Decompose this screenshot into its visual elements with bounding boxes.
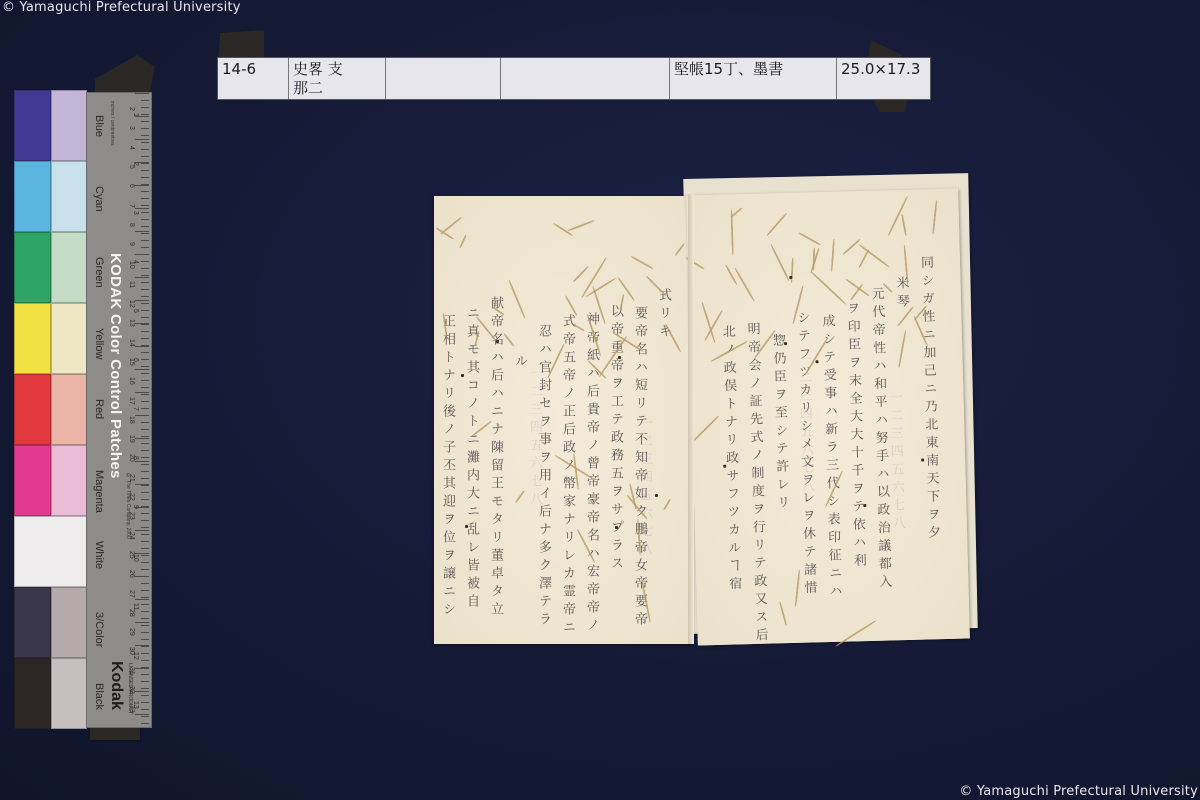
ruler-inch-number: 6	[132, 358, 139, 362]
patch-label: Green	[93, 257, 105, 288]
patch-magenta-light	[51, 445, 87, 516]
worm-damage-trail	[564, 295, 577, 316]
catalog-title-line1: 史畧 支	[293, 60, 381, 79]
ruler-units-label: inches / centimetres	[109, 101, 115, 145]
worm-damage-trail	[882, 283, 893, 294]
worm-hole	[863, 504, 866, 507]
manuscript-text-column: ル	[512, 354, 526, 372]
worm-damage-trail	[831, 239, 835, 272]
worm-hole	[655, 494, 658, 497]
worm-hole	[789, 276, 792, 279]
manuscript-text-column: 同シガ性ニ加己ニ乃北東南天下ヲ夕	[918, 255, 940, 543]
ruler-scale: inches / centimetres KODAK Color Control…	[86, 92, 152, 728]
patch-red-dark	[14, 374, 51, 445]
ruler-inch-number: 12	[132, 652, 139, 660]
worm-damage-trail	[766, 212, 787, 236]
patch-label: Blue	[93, 115, 105, 137]
manuscript-page-left: 式リキ要帝名ハ短リテ不知帝如ク鵬帝女帝要帝以帝重帝ヲ工テ政務五ヲサプラス神帝紙ハ…	[434, 196, 694, 644]
worm-hole	[461, 374, 464, 377]
ink-bleed-through: 一二三四五六七八	[793, 352, 816, 496]
worm-damage-trail	[730, 207, 742, 218]
manuscript-text-column: 惣仍臣ヲ至シテ許レリ	[770, 333, 789, 513]
ruler-inch-labels: 12345678910111213	[131, 93, 139, 727]
worm-damage-trail	[459, 235, 467, 249]
ink-bleed-through: 一二三四五六七八	[525, 366, 544, 510]
worm-damage-trail	[567, 219, 595, 231]
catalog-title-line2: 那二	[293, 79, 381, 98]
patch-label: 3/Color	[93, 612, 105, 647]
ruler-inch-number: 4	[132, 260, 139, 264]
patch-label: Red	[93, 399, 105, 419]
patch-blue-dark	[14, 90, 51, 161]
worm-damage-trail	[675, 243, 685, 256]
manuscript-text-column: 正相トナリ後ノ子丕其迎ヲ位ヲ譲ニシ	[440, 314, 454, 620]
patch-blue-light	[51, 90, 87, 161]
patch-cyan-dark	[14, 161, 51, 232]
patch-yellow-light	[51, 303, 87, 374]
worm-damage-trail	[573, 265, 589, 282]
patch-yellow-dark	[14, 303, 51, 374]
patch-black-light	[51, 658, 87, 729]
worm-damage-trail	[770, 244, 790, 281]
patch-black-dark	[14, 658, 51, 729]
manuscript-text-column: ヲ印臣ヲ末全大大十千ヲテ依ハ利	[844, 301, 865, 571]
worm-damage-trail	[691, 415, 719, 443]
ruler-inch-number: 5	[132, 309, 139, 313]
manuscript-text-column: 献帝名ハ后ハニナ陳留王モタリ董卓タ立	[488, 296, 502, 620]
worm-damage-trail	[790, 258, 793, 283]
kodak-brand-text: KODAK Color Control Patches	[107, 253, 124, 479]
catalog-label: 14-6 史畧 支 那二 堅帳15丁、墨書 25.0×17.3	[217, 57, 931, 100]
worm-damage-trail	[663, 498, 671, 510]
copyright-watermark-top: © Yamaguchi Prefectural University	[2, 0, 241, 15]
ruler-inch-number: 9	[132, 505, 139, 509]
catalog-title: 史畧 支 那二	[289, 58, 386, 99]
color-control-patches	[14, 90, 87, 728]
ruler-inch-number: 7	[132, 407, 139, 411]
worm-damage-trail	[508, 279, 526, 319]
catalog-col4	[501, 58, 670, 99]
manuscript-text-column: ニ真モ其コノトニ灘内大ニ乱レ皆被自	[464, 306, 478, 612]
ruler-inch-number: 3	[132, 211, 139, 215]
patch-magenta-dark	[14, 445, 51, 516]
catalog-id: 14-6	[218, 58, 289, 99]
worm-damage-trail	[617, 277, 634, 301]
manuscript-text-column: 式帝五帝ノ正后政ノ幣家ナリレカ霊帝ニ	[560, 314, 574, 638]
patch-white	[14, 516, 87, 587]
ruler-inch-number: 2	[132, 162, 139, 166]
worm-hole	[784, 342, 787, 345]
manuscript-text-column: 式リキ	[656, 288, 670, 342]
kodak-logo: Kodak	[107, 661, 125, 710]
worm-damage-trail	[901, 214, 907, 236]
worm-damage-trail	[778, 602, 787, 627]
worm-damage-trail	[898, 330, 907, 368]
manuscript-page-right: 同シガ性ニ加己ニ乃北東南天下ヲ夕米琴元代帝性ハ和平ハ努手ハ以政治議都入ヲ印臣ヲ末…	[686, 189, 970, 646]
worm-damage-trail	[795, 570, 801, 607]
ruler-inch-number: 8	[132, 456, 139, 460]
manuscript-text-column: 北ノ政俣トナリ政サフツカルヿ宿	[720, 324, 741, 594]
manuscript-text-column: 成シテ受事ハ新ラ三代シ表印征ニハ	[819, 314, 841, 602]
worm-damage-trail	[798, 232, 820, 246]
ruler-inch-number: 10	[132, 554, 139, 562]
tape-label-left	[218, 30, 264, 60]
worm-damage-trail	[858, 244, 889, 268]
worm-damage-trail	[842, 238, 861, 255]
worm-damage-trail	[504, 333, 515, 347]
booklet-gutter	[688, 194, 694, 644]
patch-3-color-light	[51, 587, 87, 658]
patch-label: White	[93, 541, 105, 569]
patch-green-dark	[14, 232, 51, 303]
worm-damage-trail	[630, 255, 653, 269]
patch-green-light	[51, 232, 87, 303]
ruler-inch-number: 13	[132, 701, 139, 709]
worm-damage-trail	[932, 201, 938, 235]
patch-red-light	[51, 374, 87, 445]
copyright-watermark-bottom: © Yamaguchi Prefectural University	[959, 784, 1198, 799]
ruler-inch-number: 11	[132, 603, 139, 610]
worm-damage-trail	[514, 490, 524, 503]
worm-damage-trail	[811, 271, 848, 306]
patch-cyan-light	[51, 161, 87, 232]
ruler-inch-number: 1	[132, 113, 139, 117]
worm-hole	[816, 360, 819, 363]
catalog-format: 堅帳15丁、墨書	[670, 58, 837, 99]
worm-damage-trail	[835, 620, 877, 648]
ink-bleed-through: 一二三四五六七八	[884, 390, 907, 534]
patch-label: Yellow	[93, 328, 105, 359]
worm-hole	[496, 340, 499, 343]
catalog-col3	[386, 58, 501, 99]
patch-label: Cyan	[93, 186, 105, 212]
patch-3-color-dark	[14, 587, 51, 658]
catalog-dimensions: 25.0×17.3	[837, 58, 930, 99]
manuscript-text-column: 明帝会ノ証先式ノ制度ヲ行リテ政又ス后	[744, 322, 766, 646]
worm-damage-trail	[858, 248, 870, 268]
patch-label: Black	[93, 683, 105, 710]
patch-label: Magenta	[93, 470, 105, 513]
worm-hole	[618, 356, 621, 359]
worm-hole	[921, 459, 924, 462]
manuscript-booklet: 式リキ要帝名ハ短リテ不知帝如ク鵬帝女帝要帝以帝重帝ヲ工テ政務五ヲサプラス神帝紙ハ…	[430, 186, 975, 646]
